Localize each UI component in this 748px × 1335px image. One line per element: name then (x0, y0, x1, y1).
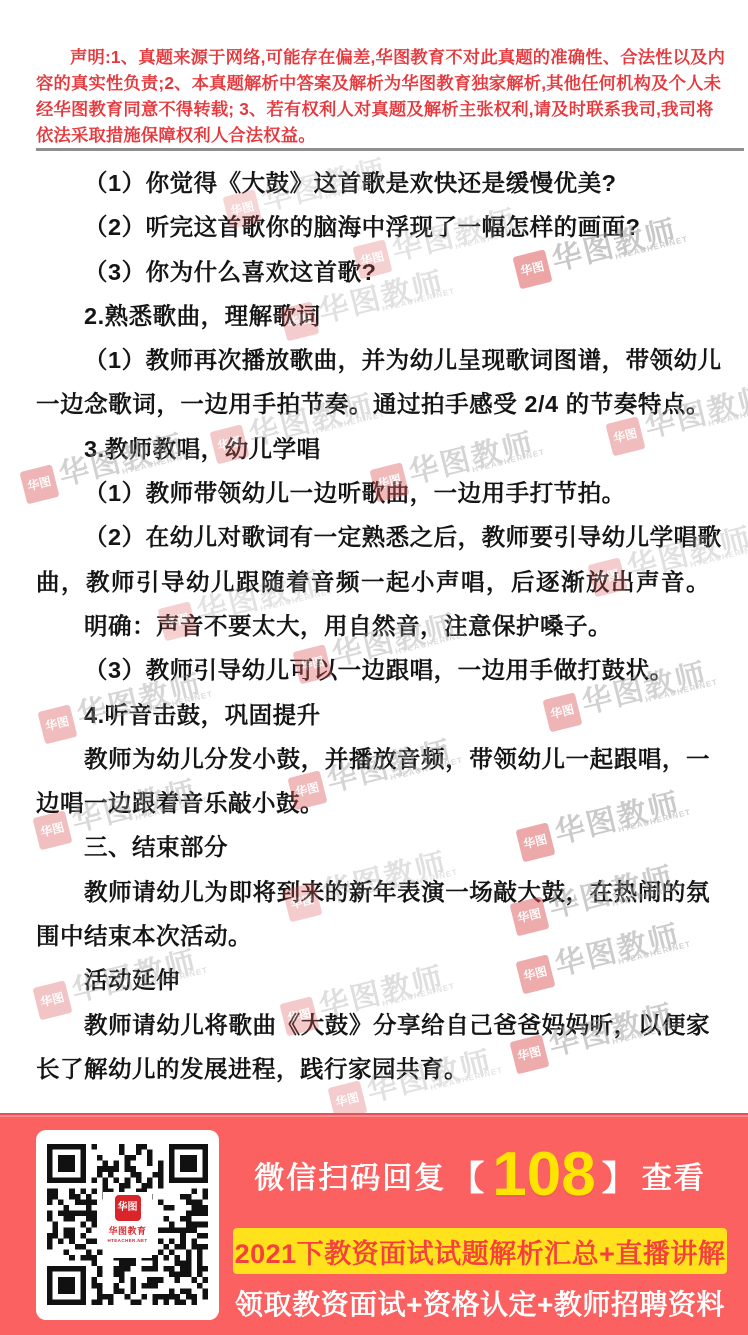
qr-brand-name: 华图教育 (108, 1224, 146, 1237)
body-line: （3）教师引导幼儿可以一边跟唱，一边用手做打鼓状。 (36, 648, 710, 692)
body-line: 边唱一边跟着音乐敲小鼓。 (36, 781, 710, 825)
banner-text-area: 微信扫码回复 【 108 】 查看 2021下教资面试试题解析汇总+直播讲解 领… (233, 1113, 727, 1335)
bottom-offer-line: 领取教资面试+资格认定+教师招聘资料 (233, 1285, 727, 1321)
reply-code: 108 (490, 1144, 597, 1206)
disclaimer-line: 声明:1、真题来源于网络,可能存在偏差,华图教育不对此真题的准确性、合法性以及内 (36, 44, 712, 70)
body-line: 3.教师教唱，幼儿学唱 (36, 427, 710, 471)
body-line: （2）听完这首歌你的脑海中浮现了一幅怎样的画面? (36, 205, 710, 249)
scan-suffix: 查看 (642, 1153, 706, 1197)
huatu-logo-icon: 华图 (115, 1195, 141, 1221)
body-line: 曲，教师引导幼儿跟随着音频一起小声唱，后逐渐放出声音。 (36, 560, 710, 604)
body-text: （1）你觉得《大鼓》这首歌是欢快还是缓慢优美?（2）听完这首歌你的脑海中浮现了一… (36, 161, 710, 1091)
watermark-site: HTEACHER.NET (707, 401, 748, 428)
body-line: （2）在幼儿对歌词有一定熟悉之后，教师要引导幼儿学唱歌 (36, 515, 710, 559)
body-line: 教师请幼儿将歌曲《大鼓》分享给自己爸爸妈妈听，以便家 (36, 1003, 710, 1047)
body-line: 教师为幼儿分发小鼓，并播放音频，带领幼儿一起跟唱，一 (36, 737, 710, 781)
body-line: 4.听音击鼓，巩固提升 (36, 693, 710, 737)
highlight-banner[interactable]: 2021下教资面试试题解析汇总+直播讲解 (233, 1228, 727, 1274)
disclaimer-line: 经华图教育同意不得转载; 3、若有权利人对真题及解析主张权利,请及时联系我司,我… (36, 96, 712, 122)
bracket-open: 【 (450, 1151, 486, 1200)
body-line: 活动延伸 (36, 958, 710, 1002)
body-line: 一边念歌词，一边用手拍节奏。通过拍手感受 2/4 的节奏特点。 (36, 382, 710, 426)
disclaimer: 声明:1、真题来源于网络,可能存在偏差,华图教育不对此真题的准确性、合法性以及内… (36, 44, 712, 148)
disclaimer-line: 依法采取措施保障权利人合法权益。 (36, 122, 712, 148)
body-line: 围中结束本次活动。 (36, 914, 710, 958)
qr-brand-site: HTEACHER.NET (107, 1238, 147, 1243)
body-line: 教师请幼儿为即将到来的新年表演一场敲大鼓，在热闹的氛 (36, 870, 710, 914)
body-line: （3）你为什么喜欢这首歌? (36, 250, 710, 294)
qr-code[interactable]: 华图 华图教育 HTEACHER.NET (36, 1130, 219, 1320)
divider (36, 148, 744, 151)
disclaimer-label: 声明: (70, 47, 111, 67)
qr-center-badge: 华图 华图教育 HTEACHER.NET (103, 1192, 152, 1258)
body-line: 长了解幼儿的发展进程，践行家园共育。 (36, 1047, 710, 1091)
body-line: 明确：声音不要太大，用自然音，注意保护嗓子。 (36, 604, 710, 648)
body-line: 三、结束部分 (36, 825, 710, 869)
bracket-close: 】 (602, 1151, 638, 1200)
disclaimer-line: 容的真实性负责;2、本真题解析中答案及解析为华图教育独家解析,其他任何机构及个人… (36, 70, 712, 96)
wechat-scan-line: 微信扫码回复 【 108 】 查看 (233, 1135, 727, 1215)
body-line: （1）你觉得《大鼓》这首歌是欢快还是缓慢优美? (36, 161, 710, 205)
body-line: （1）教师再次播放歌曲，并为幼儿呈现歌词图谱，带领幼儿 (36, 338, 710, 382)
document-page: 声明:1、真题来源于网络,可能存在偏差,华图教育不对此真题的准确性、合法性以及内… (0, 0, 748, 1335)
body-line: 2.熟悉歌曲，理解歌词 (36, 294, 710, 338)
body-line: （1）教师带领幼儿一边听歌曲，一边用手打节拍。 (36, 471, 710, 515)
promo-banner[interactable]: 华图 华图教育 HTEACHER.NET 微信扫码回复 【 108 】 查看 2… (0, 1113, 748, 1335)
scan-prefix: 微信扫码回复 (254, 1153, 446, 1197)
